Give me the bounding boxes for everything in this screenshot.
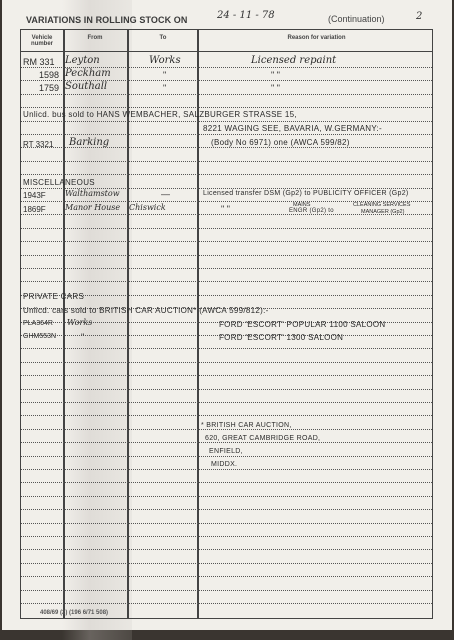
ruled-line — [21, 107, 432, 108]
reason: MANAGER (Gp2) — [361, 209, 404, 215]
ruled-line — [21, 456, 432, 457]
ruled-line — [21, 174, 432, 175]
reason: " " — [271, 83, 280, 93]
ruled-line — [21, 523, 432, 524]
ruled-line — [21, 281, 432, 282]
vehicle-number: RM 331 — [23, 57, 55, 67]
from-garage: Manor House — [65, 203, 120, 212]
col-reason: Reason for variation — [199, 35, 434, 41]
continuation-label: (Continuation) — [328, 14, 385, 24]
ruled-line — [21, 442, 432, 443]
ruled-line — [21, 536, 432, 537]
vehicle-number: 1869F — [23, 205, 46, 214]
ruled-line — [21, 94, 432, 95]
vehicle-number: 1759 — [39, 83, 59, 93]
to-garage: " — [163, 83, 166, 93]
from-garage: Barking — [69, 137, 109, 148]
from-garage: Southall — [65, 81, 107, 92]
ruled-line — [21, 482, 432, 483]
ruled-line — [21, 509, 432, 510]
ruled-line — [21, 255, 432, 256]
ruled-line — [21, 268, 432, 269]
ruled-line — [21, 375, 432, 376]
ruled-line — [21, 590, 432, 591]
reason: " " — [271, 70, 280, 80]
vehicle-number: GHM553N — [23, 333, 56, 340]
reason: " " — [221, 204, 230, 214]
from-garage: " — [81, 332, 84, 342]
col-vehicle-number: Vehicle number — [23, 35, 61, 47]
ruled-line — [21, 603, 432, 604]
ruled-line — [21, 228, 432, 229]
form-title: VARIATIONS IN ROLLING STOCK ON — [26, 15, 188, 25]
ruled-line — [21, 134, 432, 135]
col-from: From — [63, 35, 127, 41]
ruled-line — [21, 496, 432, 497]
variations-table: Vehicle number From To Reason for variat… — [20, 29, 433, 619]
footnote-line: ENFIELD, — [209, 448, 243, 455]
ruled-line — [21, 549, 432, 550]
footnote-line: MIDDX. — [211, 461, 237, 468]
document-page: VARIATIONS IN ROLLING STOCK ON 24 - 11 -… — [2, 0, 452, 630]
form-code: 408/69 (2) (196 6/71 508) — [40, 610, 108, 616]
reason: Licensed repaint — [251, 55, 336, 66]
from-garage: Leyton — [65, 55, 100, 66]
to-garage: " — [163, 70, 166, 80]
reason: (Body No 6971) one (AWCA 599/82) — [211, 138, 350, 147]
form-date: 24 - 11 - 78 — [217, 10, 275, 21]
ruled-line — [21, 348, 432, 349]
from-garage: Works — [67, 318, 92, 327]
reason: FORD 'ESCORT' 1300 SALOON — [219, 333, 343, 342]
page-number: 2 — [416, 11, 422, 22]
ruled-line — [21, 161, 432, 162]
ruled-line — [21, 389, 432, 390]
to-garage: — — [161, 189, 170, 199]
unlicensed-bus-line2: 8221 WAGING SEE, BAVARIA, W.GERMANY:- — [203, 124, 382, 133]
to-garage: Chiswick — [129, 203, 166, 212]
ruled-line — [21, 121, 432, 122]
col-to: To — [129, 35, 197, 41]
reason: ENGR (Gp2) to — [289, 208, 334, 214]
from-garage: Walthamstow — [65, 189, 120, 198]
footnote-line: 620, GREAT CAMBRIDGE ROAD, — [205, 435, 320, 442]
ruled-line — [21, 469, 432, 470]
ruled-line — [21, 576, 432, 577]
vehicle-number: PLA364R — [23, 320, 53, 327]
vehicle-number: RT 3321 — [23, 140, 53, 149]
ruled-line — [21, 402, 432, 403]
reason: Licensed transfer DSM (Gp2) to PUBLICITY… — [203, 190, 409, 197]
vehicle-number: 1598 — [39, 70, 59, 80]
private-cars-intro: Unlicd. cars sold to BRITISH CAR AUCTION… — [23, 306, 269, 315]
to-garage: Works — [149, 55, 181, 66]
ruled-line — [21, 241, 432, 242]
unlicensed-bus-line1: Unlicd. bus sold to HANS WEMBACHER, SALZ… — [23, 110, 297, 119]
ruled-line — [21, 415, 432, 416]
ruled-line — [21, 563, 432, 564]
from-garage: Peckham — [65, 68, 111, 79]
table-header: Vehicle number From To Reason for variat… — [21, 30, 432, 52]
vehicle-number: 1943F — [23, 191, 46, 200]
reason: FORD 'ESCORT' POPULAR 1100 SALOON — [219, 320, 385, 329]
section-heading-miscellaneous: MISCELLANEOUS — [23, 178, 95, 187]
reason: CLEANING SERVICES — [353, 202, 410, 208]
ruled-line — [21, 362, 432, 363]
footnote-line: * BRITISH CAR AUCTION, — [201, 422, 292, 429]
section-heading-private-cars: PRIVATE CARS — [23, 292, 84, 301]
